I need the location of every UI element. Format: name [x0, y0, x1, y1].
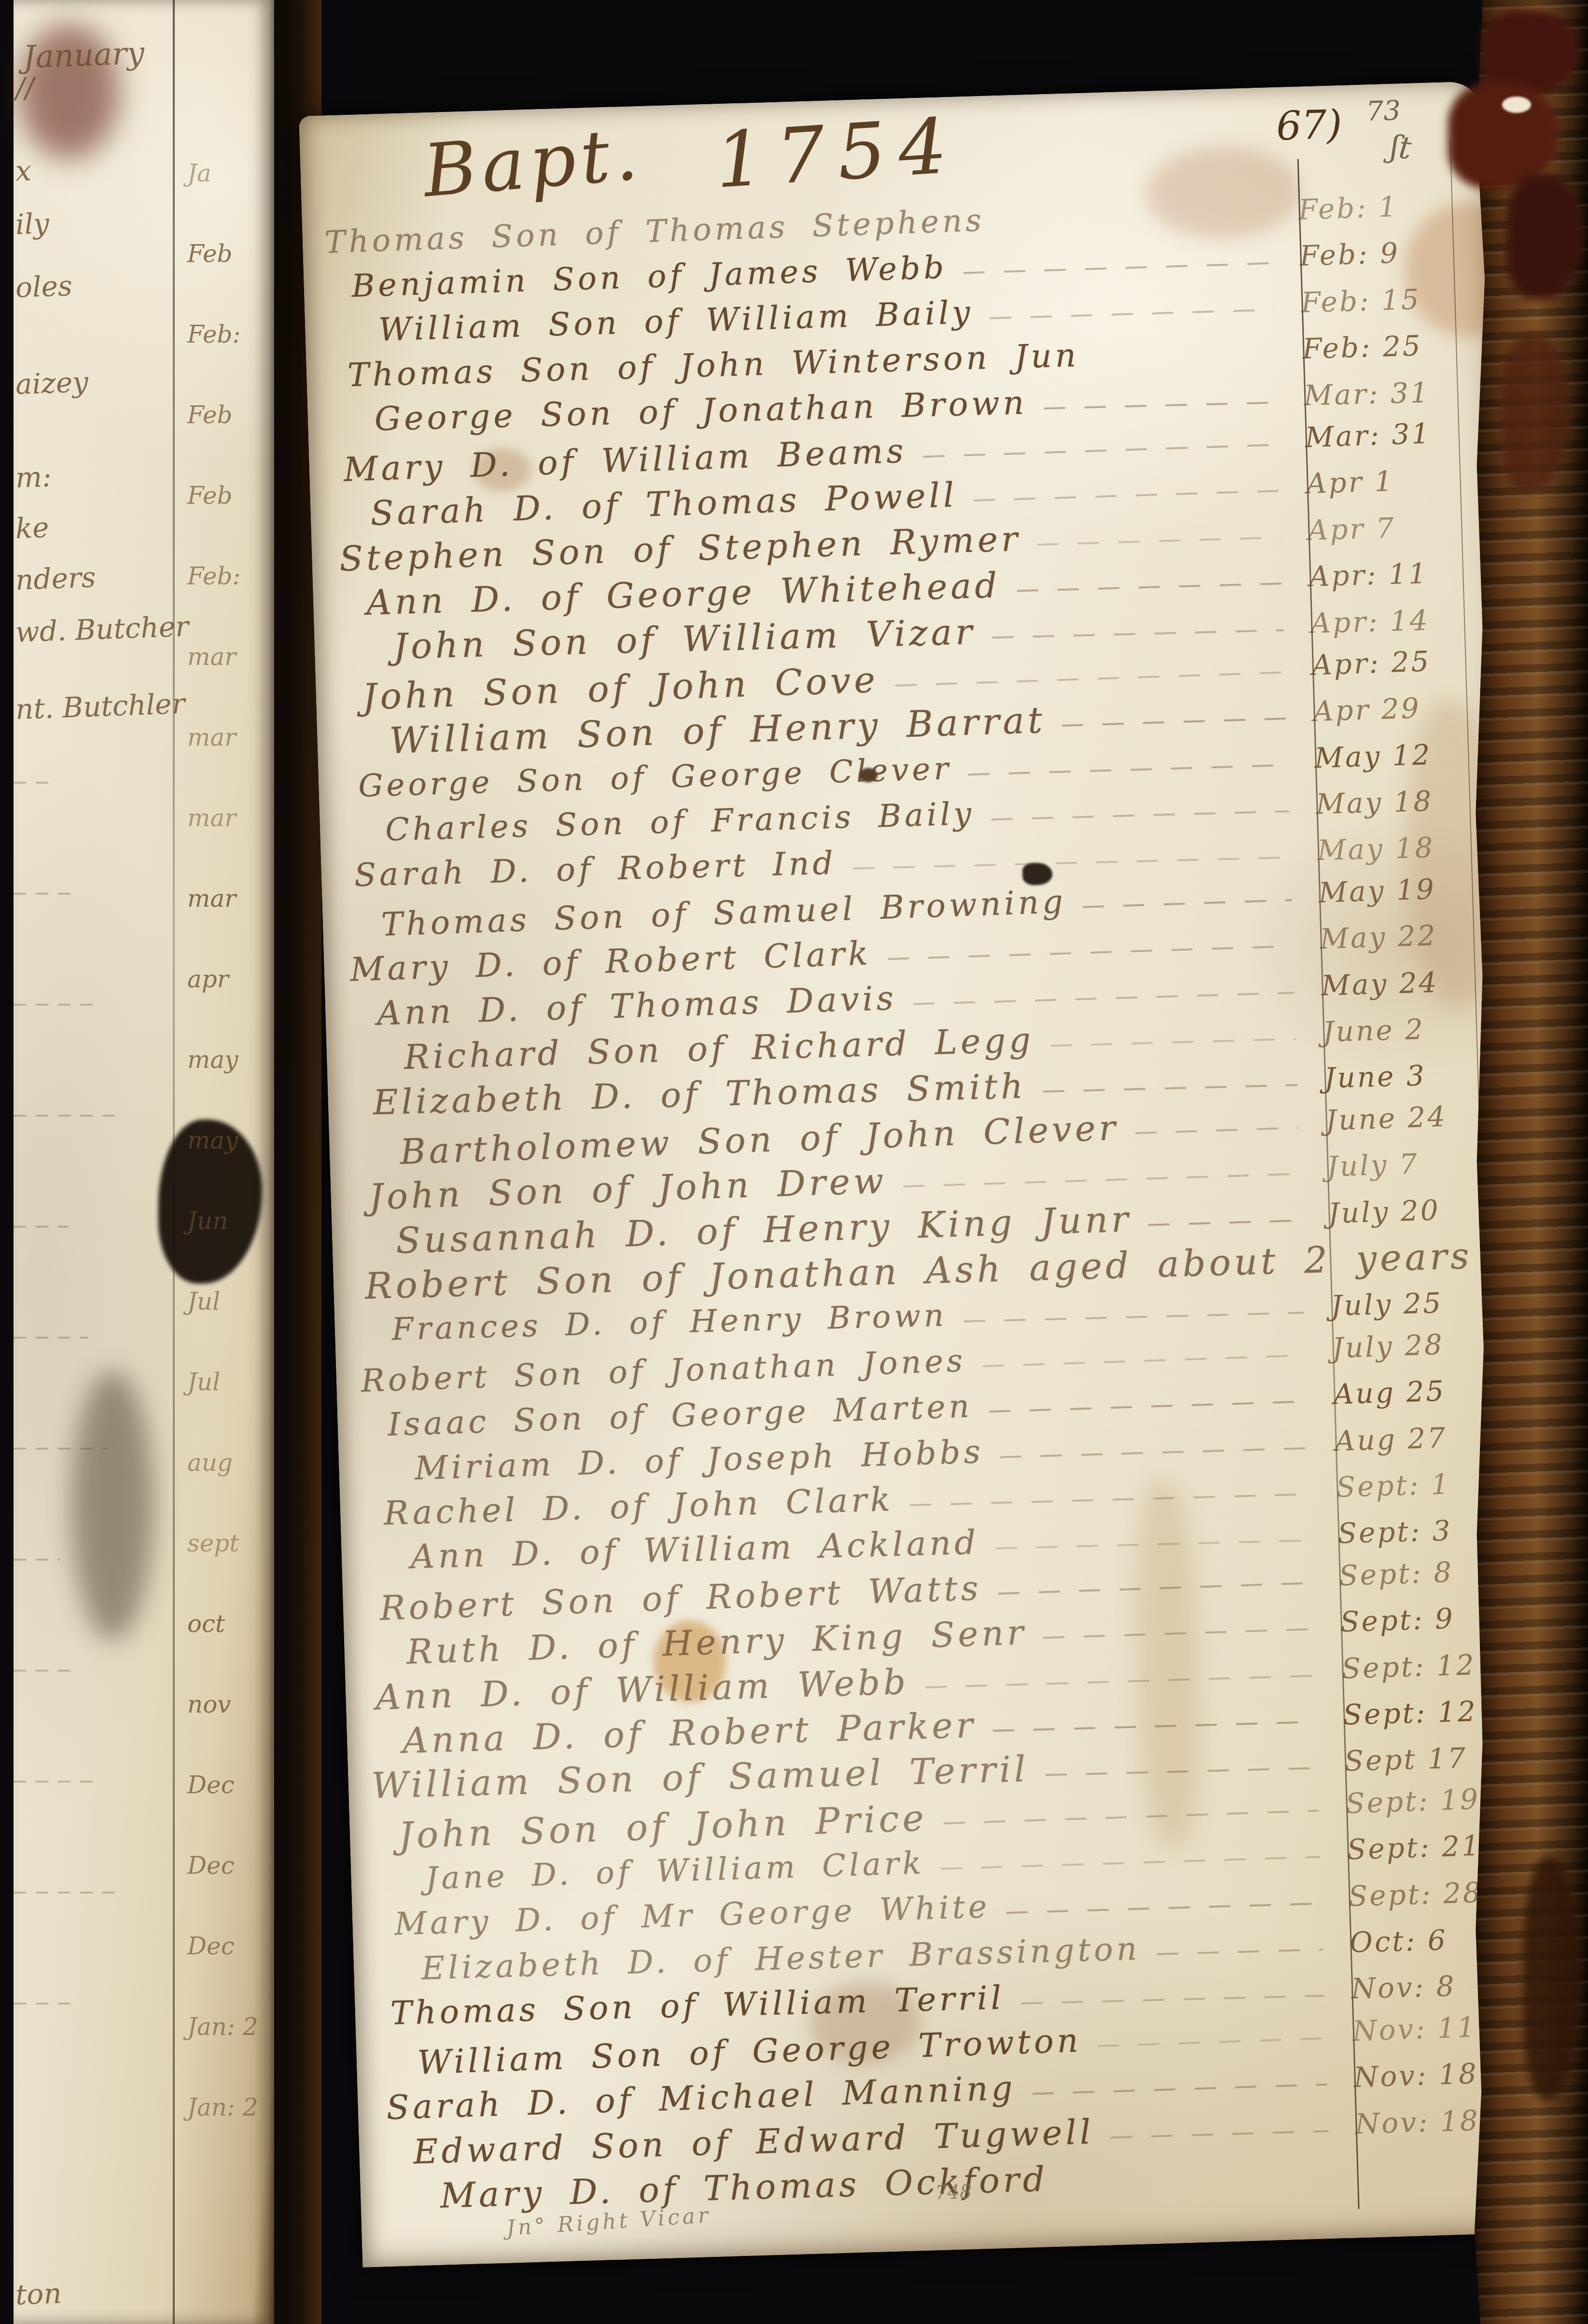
entry-date: July 25: [1318, 1286, 1490, 1323]
photographed-register-page: { "page": { "heading_left": "Bapt.", "he…: [0, 0, 1588, 2324]
entry-text: Sarah D. of Robert Ind: [343, 844, 837, 894]
clipped-text-fragment: January: [23, 36, 145, 76]
ink-dash-leader: [1111, 2130, 1328, 2138]
entry-date: May 12: [1301, 737, 1474, 775]
ink-dash-leader: [974, 490, 1280, 502]
clipped-dash-rule: [14, 782, 57, 784]
clipped-dash-rule: [14, 1448, 108, 1450]
entry-date: Sept: 1: [1323, 1466, 1496, 1504]
clipped-date-fragment: Feb:: [187, 562, 240, 590]
clipped-dash-rule: [14, 1226, 69, 1228]
entry-date: Sept: 9: [1327, 1601, 1500, 1639]
clipped-text-fragment: m:: [15, 460, 52, 495]
ink-dash-leader: [1044, 401, 1277, 409]
clipped-text-fragment: ton: [15, 2277, 62, 2311]
ink-dash-leader: [1083, 899, 1292, 908]
clipped-date-fragment: may: [187, 1046, 238, 1074]
entry-date: Sept: 8: [1326, 1554, 1499, 1592]
entry-date: May 19: [1306, 871, 1478, 910]
clipped-dash-rule: [14, 2003, 72, 2005]
entry-date: Apr: 11: [1296, 556, 1469, 594]
ink-dash-leader: [923, 444, 1278, 458]
clipped-date-fragment: Jul: [187, 1287, 220, 1315]
entry-date: May 18: [1303, 784, 1476, 821]
ink-dash-leader: [992, 629, 1283, 638]
ink-dash-leader: [989, 1401, 1307, 1413]
ink-dash-leader: [1021, 1995, 1324, 2005]
clipped-date-fragment: Jun: [187, 1207, 228, 1235]
clipped-dash-rule: [14, 1670, 80, 1672]
clipped-date-fragment: Feb:: [187, 320, 240, 348]
clipped-date-fragment: apr: [187, 965, 229, 993]
entry-date: July 28: [1319, 1327, 1492, 1365]
clipped-dash-rule: [14, 1337, 88, 1339]
entry-date: July 20: [1315, 1192, 1488, 1230]
page-title-year: 1754: [712, 101, 962, 206]
entry-date: June 24: [1312, 1099, 1485, 1137]
register-page: Bapt. 1754 67) 73 ʃt Thomas Son of Thoma…: [299, 81, 1546, 2268]
entry-date: Sept: 3: [1324, 1513, 1497, 1550]
clipped-date-fragment: Ja: [187, 159, 211, 187]
entry-date: May 18: [1304, 830, 1477, 868]
clipped-date-fragment: sept: [187, 1529, 239, 1557]
entry-date: Feb: 15: [1288, 282, 1461, 320]
page-number-ink: 67): [1276, 102, 1343, 150]
clipped-date-fragment: mar: [187, 885, 236, 913]
clipped-dash-rule: [14, 1559, 60, 1561]
entry-date: Aug 27: [1322, 1420, 1494, 1458]
ink-dash-leader: [910, 1494, 1309, 1507]
row-spacer: [1048, 2171, 1344, 2179]
clipped-dash-rule: [14, 893, 77, 895]
clipped-date-fragment: Jan: 2: [187, 2093, 258, 2121]
entry-date: Sept: 12: [1330, 1694, 1503, 1732]
entry-date: Apr 1: [1294, 462, 1466, 500]
entry-date: Feb: 9: [1287, 235, 1460, 273]
footer-pencil-number: 748: [935, 2181, 973, 2204]
clipped-date-fragment: Feb: [187, 240, 233, 268]
entry-date: Aug 25: [1321, 1373, 1493, 1411]
ink-dash-leader: [913, 992, 1295, 1005]
clipped-date-fragment: Jan: 2: [187, 2013, 258, 2041]
ink-dash-leader: [968, 764, 1288, 775]
clipped-dash-rule: [14, 1115, 116, 1117]
previous-page-edge: January//xilyolesaizeym:kenderswd. Butch…: [14, 0, 274, 2324]
ink-dash-leader: [998, 1582, 1312, 1594]
ink-dash-leader: [1135, 1127, 1298, 1134]
page-title-baptisms: Bapt.: [420, 112, 645, 214]
ink-dash-leader: [1050, 1038, 1295, 1047]
clipped-date-fragment: mar: [187, 723, 236, 751]
ink-dash-leader: [1157, 1949, 1323, 1955]
entry-date: Apr 29: [1300, 690, 1473, 728]
baptism-entry-list: Thomas Son of Thomas StephensFeb: 1Benja…: [324, 184, 1516, 2221]
clipped-text-fragment: //: [15, 71, 35, 104]
entry-date: June 3: [1311, 1058, 1484, 1095]
clipped-date-fragment: may: [187, 1126, 238, 1154]
clipped-text-fragment: aizey: [15, 365, 89, 401]
ink-dash-leader: [1044, 1628, 1314, 1639]
ink-dash-leader: [904, 1173, 1300, 1188]
clipped-text-fragment: oles: [15, 269, 73, 304]
clipped-date-fragment: mar: [187, 804, 236, 832]
ink-dash-leader: [925, 1674, 1314, 1688]
clipped-text-fragment: nders: [15, 561, 97, 596]
ink-dash-leader: [996, 1540, 1311, 1550]
entry-date: Apr: 25: [1299, 643, 1472, 682]
entry-date: June 2: [1309, 1011, 1482, 1049]
clipped-date-fragment: Feb: [187, 482, 233, 510]
clipped-date-fragment: oct: [187, 1610, 225, 1638]
ink-dash-leader: [963, 263, 1273, 274]
entry-date: Apr 7: [1295, 509, 1467, 547]
ink-dash-leader: [888, 945, 1294, 960]
page-number-pencil: 73: [1366, 95, 1401, 127]
clipped-text-fragment: ily: [15, 207, 50, 241]
ink-dash-leader: [1000, 1447, 1308, 1458]
paper-chip: [1502, 97, 1531, 113]
ink-dash-leader: [944, 1810, 1319, 1824]
clipped-date-fragment: nov: [187, 1690, 231, 1718]
ink-dash-leader: [1043, 1084, 1297, 1093]
clipped-date-fragment: mar: [187, 643, 236, 671]
entry-date: May 24: [1308, 965, 1481, 1003]
row-spacer: [1079, 349, 1290, 355]
ink-dash-leader: [1007, 1902, 1322, 1913]
row-spacer: [985, 210, 1286, 221]
clipped-date-fragment: aug: [187, 1449, 233, 1477]
clipped-text-fragment: ke: [15, 511, 50, 545]
ink-dash-leader: [963, 1312, 1304, 1323]
ink-dash-leader: [1098, 2037, 1325, 2047]
entry-date: Mar: 31: [1291, 375, 1463, 412]
clipped-date-fragment: Dec: [187, 1932, 235, 1960]
clipped-text-fragment: x: [15, 154, 32, 187]
clipped-date-fragment: Dec: [187, 1771, 235, 1799]
entry-date: Sept 17: [1331, 1741, 1504, 1778]
entry-date: Sept: 19: [1333, 1782, 1505, 1820]
ink-dash-leader: [983, 1355, 1306, 1368]
ink-dash-leader: [993, 1721, 1316, 1731]
ink-dash-leader: [1062, 718, 1287, 727]
smudge-stain: [71, 1370, 153, 1641]
ink-dash-leader: [895, 671, 1285, 686]
entry-date: May 22: [1307, 918, 1480, 956]
ink-dash-leader: [1017, 583, 1282, 592]
clipped-date-fragment: Jul: [187, 1368, 220, 1396]
entry-date: Feb: 25: [1289, 328, 1462, 366]
ink-dash-leader: [1037, 537, 1281, 546]
ink-dash-leader: [990, 309, 1274, 319]
clipped-dash-rule: [14, 1004, 97, 1006]
ink-dash-leader: [853, 857, 1291, 870]
entry-date: Feb: 1: [1285, 188, 1458, 227]
ink-dash-leader: [1045, 1767, 1318, 1776]
pencil-squiggle: ʃt: [1389, 129, 1413, 166]
entry-date: July 7: [1314, 1146, 1487, 1184]
ink-dash-leader: [941, 1856, 1321, 1870]
clipped-dash-rule: [14, 1781, 100, 1783]
clipped-date-fragment: Dec: [187, 1852, 235, 1880]
ink-dash-leader: [1032, 2084, 1327, 2095]
entry-date: Apr: 14: [1297, 603, 1470, 640]
ink-dash-leader: [1148, 1219, 1301, 1226]
clipped-dash-rule: [14, 1892, 120, 1894]
entry-date: Sept: 12: [1328, 1647, 1501, 1686]
clipped-text-fragment: nt. Butchler: [15, 687, 185, 726]
clipped-text-fragment: wd. Butcher: [15, 610, 189, 649]
ink-dash-leader: [991, 810, 1289, 820]
entry-date: Mar: 31: [1292, 416, 1465, 455]
clipped-date-fragment: Feb: [187, 401, 233, 429]
